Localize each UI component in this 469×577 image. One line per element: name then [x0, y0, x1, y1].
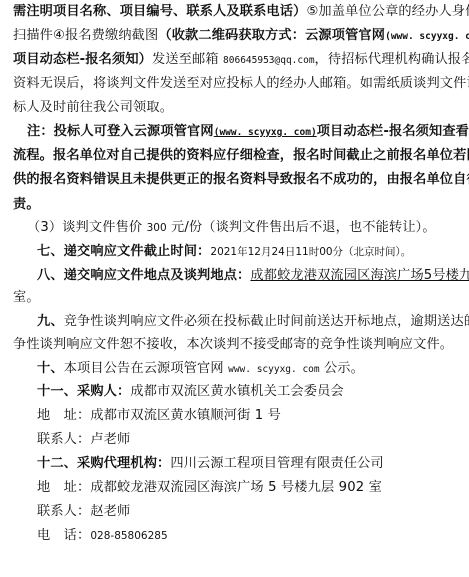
price-value: 300	[147, 222, 167, 234]
purchaser-heading: 十一、采购人：	[37, 384, 130, 399]
agency-phone-value: 028-85806285	[90, 530, 167, 542]
qr-code-source-text: （收款二维码获取方式：云源项管官网	[158, 28, 385, 43]
note-prefix: 注：投标人可登入云源项管官网	[27, 124, 214, 139]
section-7-deadline: 七、递交响应文件截止时间：2021年12月24日11时00分（北京时间）。	[37, 243, 411, 261]
registration-materials-line-3: 项目动态栏-报名须知）发送至邮箱 806645953@qq.com，待招标代理机…	[13, 51, 469, 69]
section-10-text: 本项目公告在云源项管官网	[64, 361, 224, 376]
registration-materials-line-2: 扫描件④报名费缴纳截图（收款二维码获取方式：云源项管官网(www. scyyxg…	[13, 27, 469, 45]
section-11-purchaser: 十一、采购人：成都市双流区黄水镇机关工会委员会	[37, 383, 344, 401]
section-10-website[interactable]: www. scyyxg. com	[228, 364, 320, 375]
agency-phone-label: 电 话：	[37, 528, 90, 543]
note-line-3: 供的报名资料错误且未提供更正的报名资料导致报名不成功的，由报名单位自行负	[13, 171, 469, 189]
agency-address-value: 成都蛟龙港双流园区海滨广场 5 号楼九层 902 室	[90, 480, 382, 495]
section-9-heading: 九、	[37, 314, 64, 329]
section-12-agency: 十二、采购代理机构：四川云源工程项目管理有限责任公司	[37, 455, 384, 473]
purchaser-contact-value: 卢老师	[90, 432, 130, 447]
confirm-text: ，待招标代理机构确认报名	[315, 52, 469, 67]
section-9-line-2: 争性谈判响应文件恕不接收，本次谈判不接受邮寄的竞争性谈判响应文件。	[13, 336, 453, 354]
purchaser-contact: 联系人：卢老师	[37, 431, 130, 449]
contact-email[interactable]: 806645953@qq.com	[223, 55, 315, 66]
agency-address-label: 地 址：	[37, 480, 90, 495]
registration-fee-text: 扫描件④报名费缴纳截图	[13, 28, 158, 43]
registration-note-bold: 需注明项目名称、项目编号、联系人及联系电话）	[13, 4, 306, 19]
section-10-heading: 十、	[37, 361, 64, 376]
deadline-heading: 七、递交响应文件截止时间：	[37, 244, 210, 259]
note-line-4: 责。	[13, 196, 40, 214]
section-10-suffix: 公示。	[324, 361, 364, 376]
agency-heading: 十二、采购代理机构：	[37, 456, 170, 471]
agency-contact: 联系人：赵老师	[37, 503, 130, 521]
location-heading: 八、递交响应文件地点及谈判地点：	[37, 268, 250, 283]
purchaser-address-value: 成都市双流区黄水镇顺河街 1 号	[90, 408, 281, 423]
agency-name: 四川云源工程项目管理有限责任公司	[170, 456, 383, 471]
price-label: （3）谈判文件售价	[27, 220, 142, 235]
registration-note-text: ⑤加盖单位公章的经办人身份证	[306, 4, 469, 19]
section-8-location-cont: 室。	[13, 289, 40, 307]
section-8-location: 八、递交响应文件地点及谈判地点：成都蛟龙港双流园区海滨广场5号楼九层902	[37, 267, 469, 285]
deadline-value: 2021年12月24日11时00分（北京时间）。	[210, 246, 411, 258]
section-9-text: 竞争性谈判响应文件必须在投标截止时间前送达开标地点，逾期送达的竞	[64, 314, 469, 329]
price-terms: 元/份（谈判文件售出后不退，也不能转让）。	[171, 220, 436, 235]
send-to-email-text: 发送至邮箱	[152, 52, 219, 67]
registration-materials-line-1: 需注明项目名称、项目编号、联系人及联系电话）⑤加盖单位公章的经办人身份证	[13, 3, 469, 21]
section-9-line-1: 九、竞争性谈判响应文件必须在投标截止时间前送达开标地点，逾期送达的竞	[37, 313, 469, 331]
project-news-column-text: 项目动态栏-报名须知）	[13, 52, 152, 67]
agency-address: 地 址：成都蛟龙港双流园区海滨广场 5 号楼九层 902 室	[37, 479, 382, 497]
location-value: 成都蛟龙港双流园区海滨广场5号楼九层902	[250, 268, 469, 283]
registration-materials-line-4: 资料无误后，将谈判文件发送至对应投标人的经办人邮箱。如需纸质谈判文件请投	[13, 75, 469, 93]
note-suffix: 项目动态栏-报名须知查看报名	[317, 124, 469, 139]
purchaser-name: 成都市双流区黄水镇机关工会委员会	[130, 384, 343, 399]
note-line-1: 注：投标人可登入云源项管官网(www. scyyxg. com)项目动态栏-报名…	[27, 123, 469, 141]
registration-materials-line-5: 标人及时前往我公司领取。	[13, 99, 173, 117]
purchaser-address: 地 址：成都市双流区黄水镇顺河街 1 号	[37, 407, 281, 425]
purchaser-address-label: 地 址：	[37, 408, 90, 423]
agency-contact-value: 赵老师	[90, 504, 130, 519]
agency-phone: 电 话：028-85806285	[37, 527, 168, 545]
agency-contact-label: 联系人：	[37, 504, 90, 519]
website-url[interactable]: (www. scyyxg. com)	[385, 31, 469, 42]
purchaser-contact-label: 联系人：	[37, 432, 90, 447]
note-line-2: 流程。报名单位对自己提供的资料应仔细检查，报名时间截止之前报名单位若因提	[13, 147, 469, 165]
note-website-link[interactable]: (www. scyyxg. com)	[214, 127, 317, 138]
document-price-line: （3）谈判文件售价 300 元/份（谈判文件售出后不退，也不能转让）。	[27, 219, 436, 237]
section-10: 十、本项目公告在云源项管官网 www. scyyxg. com 公示。	[37, 360, 364, 378]
